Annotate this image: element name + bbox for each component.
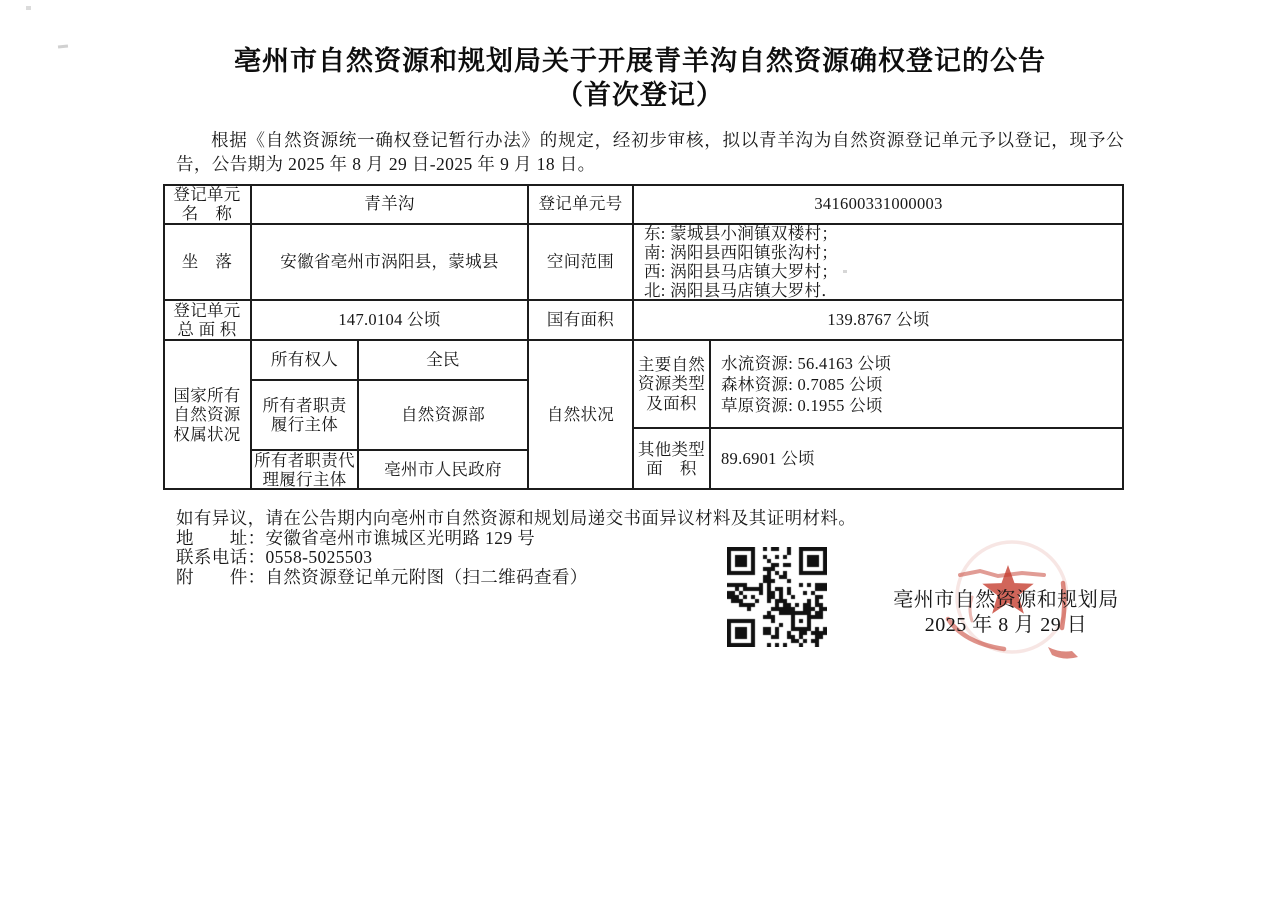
unit-number-label: 登记单元号 <box>528 184 633 224</box>
main-resources-value: 水流资源: 56.4163 公顷 森林资源: 0.7085 公顷 草原资源: 0… <box>710 340 1124 428</box>
natural-status-label: 自然状况 <box>528 340 633 490</box>
ownership-label: 国家所有 自然资源 权属状况 <box>163 340 251 490</box>
unit-number-value: 341600331000003 <box>633 184 1124 224</box>
scan-speck <box>843 270 847 273</box>
signature-block: 亳州市自然资源和规划局 2025 年 8 月 29 日 <box>878 588 1134 638</box>
duty-performer-value: 自然资源部 <box>358 380 528 450</box>
duty-performer-label: 所有者职责 履行主体 <box>251 380 358 450</box>
location-value: 安徽省亳州市涡阳县，蒙城县 <box>251 224 528 300</box>
main-resources-label: 主要自然 资源类型 及面积 <box>633 340 710 428</box>
address-line: 地 址：安徽省亳州市谯城区光明路 129 号 <box>176 528 535 548</box>
qr-code <box>727 547 827 647</box>
intro-paragraph: 根据《自然资源统一确权登记暂行办法》的规定，经初步审核，拟以青羊沟为自然资源登记… <box>176 129 1124 176</box>
title-line-1: 亳州市自然资源和规划局关于开展青羊沟自然资源确权登记的公告 <box>0 44 1280 78</box>
phone-label: 联系电话： <box>176 547 266 567</box>
scan-speck <box>26 6 31 10</box>
total-area-label: 登记单元 总 面 积 <box>163 300 251 340</box>
other-types-label: 其他类型 面 积 <box>633 428 710 490</box>
owner-value: 全民 <box>358 340 528 380</box>
unit-name-value: 青羊沟 <box>251 184 528 224</box>
spatial-range-label: 空间范围 <box>528 224 633 300</box>
total-area-value: 147.0104 公顷 <box>251 300 528 340</box>
address-label: 地 址： <box>176 528 266 548</box>
agent-performer-label: 所有者职责代 理履行主体 <box>251 450 358 490</box>
phone-value: 0558-5025503 <box>266 547 373 567</box>
state-owned-area-value: 139.8767 公顷 <box>633 300 1124 340</box>
attachment-line: 附 件：自然资源登记单元附图（扫二维码查看） <box>176 567 588 587</box>
unit-name-label: 登记单元 名 称 <box>163 184 251 224</box>
address-value: 安徽省亳州市谯城区光明路 129 号 <box>266 528 536 548</box>
signature-date: 2025 年 8 月 29 日 <box>878 613 1134 638</box>
document-title: 亳州市自然资源和规划局关于开展青羊沟自然资源确权登记的公告 （首次登记） <box>0 44 1280 112</box>
spatial-range-value: 东: 蒙城县小涧镇双楼村； 南: 涡阳县西阳镇张沟村； 西: 涡阳县马店镇大罗村… <box>633 224 1124 300</box>
attachment-value: 自然资源登记单元附图（扫二维码查看） <box>266 567 588 587</box>
phone-line: 联系电话：0558-5025503 <box>176 547 372 567</box>
announcement-document: 亳州市自然资源和规划局关于开展青羊沟自然资源确权登记的公告 （首次登记） 根据《… <box>0 0 1280 905</box>
location-label: 坐 落 <box>163 224 251 300</box>
signature-agency: 亳州市自然资源和规划局 <box>878 588 1134 613</box>
title-line-2: （首次登记） <box>0 78 1280 112</box>
other-types-value: 89.6901 公顷 <box>710 428 1124 490</box>
agent-performer-value: 亳州市人民政府 <box>358 450 528 490</box>
objection-notice: 如有异议，请在公告期内向亳州市自然资源和规划局递交书面异议材料及其证明材料。 <box>176 508 856 528</box>
attachment-label: 附 件： <box>176 567 266 587</box>
state-owned-area-label: 国有面积 <box>528 300 633 340</box>
owner-label: 所有权人 <box>251 340 358 380</box>
